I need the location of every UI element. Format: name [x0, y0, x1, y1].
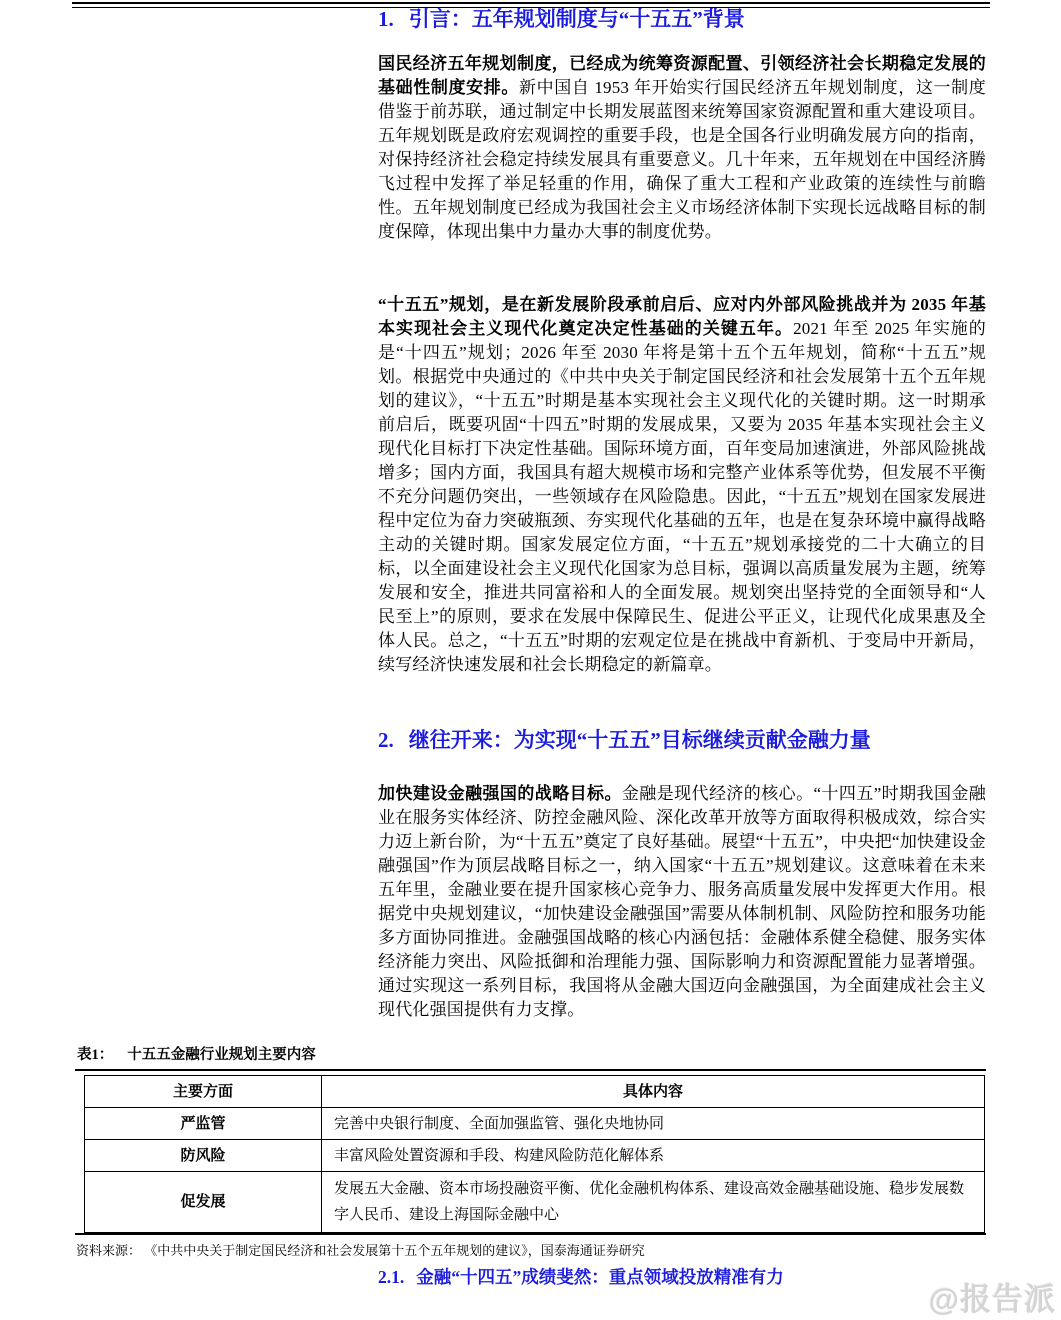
table1-header-row: 主要方面 具体内容: [85, 1076, 985, 1108]
section2-paragraph-1-body: 金融是现代经济的核心。“十四五”时期我国金融业在服务实体经济、防控金融风险、深化…: [378, 784, 986, 1019]
table1-row-2-content: 丰富风险处置资源和手段、构建风险防范化解体系: [322, 1140, 985, 1172]
table1-row-1: 严监管 完善中央银行制度、全面加强监管、强化央地协同: [85, 1108, 985, 1140]
table1-header-content: 具体内容: [322, 1076, 985, 1108]
table1-row-2: 防风险 丰富风险处置资源和手段、构建风险防范化解体系: [85, 1140, 985, 1172]
section1-paragraph-2: “十五五”规划，是在新发展阶段承前启后、应对内外部风险挑战并为 2035 年基本…: [378, 293, 986, 677]
table1-title-label: 表1：: [77, 1047, 113, 1063]
section2-paragraph-1-lead: 加快建设金融强国的战略目标。: [378, 784, 622, 803]
section1-heading: 1.引言：五年规划制度与“十五五”背景: [378, 6, 1018, 32]
section2-paragraph-1: 加快建设金融强国的战略目标。金融是现代经济的核心。“十四五”时期我国金融业在服务…: [378, 782, 986, 1022]
table1-block: 表1：十五五金融行业规划主要内容 主要方面 具体内容 严监管 完善中央银行制度、…: [75, 1046, 986, 1259]
table1-top-rule: [75, 1069, 986, 1071]
section1-paragraph-1-body: 新中国自 1953 年开始实行国民经济五年规划制度，这一制度借鉴于前苏联，通过制…: [378, 78, 986, 241]
section1-paragraph-1: 国民经济五年规划制度，已经成为统筹资源配置、引领经济社会长期稳定发展的基础性制度…: [378, 52, 986, 244]
section1-heading-text: 引言：五年规划制度与“十五五”背景: [409, 7, 745, 31]
report-page: 1.引言：五年规划制度与“十五五”背景 国民经济五年规划制度，已经成为统筹资源配…: [0, 0, 1061, 1320]
section1-heading-number: 1.: [378, 7, 394, 31]
table1-row-1-content: 完善中央银行制度、全面加强监管、强化央地协同: [322, 1108, 985, 1140]
section2-heading-text: 继往开来：为实现“十五五”目标继续贡献金融力量: [409, 728, 871, 752]
table1-row-1-aspect: 严监管: [85, 1108, 322, 1140]
table1-bottom-rule: [75, 1233, 986, 1235]
section2-heading: 2.继往开来：为实现“十五五”目标继续贡献金融力量: [378, 727, 1018, 753]
table1-row-3-aspect: 促发展: [85, 1172, 322, 1233]
table1-source: 资料来源： 《中共中央关于制定国民经济和社会发展第十五个五年规划的建议》，国泰海…: [75, 1242, 986, 1259]
section2-1-heading-text: 金融“十四五”成绩斐然：重点领域投放精准有力: [416, 1267, 784, 1287]
table1-header-aspect: 主要方面: [85, 1076, 322, 1108]
table1: 主要方面 具体内容 严监管 完善中央银行制度、全面加强监管、强化央地协同 防风险…: [84, 1075, 985, 1233]
watermark-baogaopai: @报告派: [929, 1274, 1056, 1319]
table1-row-2-aspect: 防风险: [85, 1140, 322, 1172]
section1-paragraph-2-body: 2021 年至 2025 年实施的是“十四五”规划；2026 年至 2030 年…: [378, 319, 986, 674]
section2-1-heading-number: 2.1.: [378, 1267, 404, 1287]
section2-1-heading: 2.1.金融“十四五”成绩斐然：重点领域投放精准有力: [378, 1266, 1018, 1288]
table1-title: 表1：十五五金融行业规划主要内容: [75, 1046, 986, 1064]
section2-heading-number: 2.: [378, 728, 394, 752]
table1-row-3: 促发展 发展五大金融、资本市场投融资平衡、优化金融机构体系、建设高效金融基础设施…: [85, 1172, 985, 1233]
table1-row-3-content: 发展五大金融、资本市场投融资平衡、优化金融机构体系、建设高效金融基础设施、稳步发…: [322, 1172, 985, 1233]
table1-title-text: 十五五金融行业规划主要内容: [127, 1047, 316, 1063]
